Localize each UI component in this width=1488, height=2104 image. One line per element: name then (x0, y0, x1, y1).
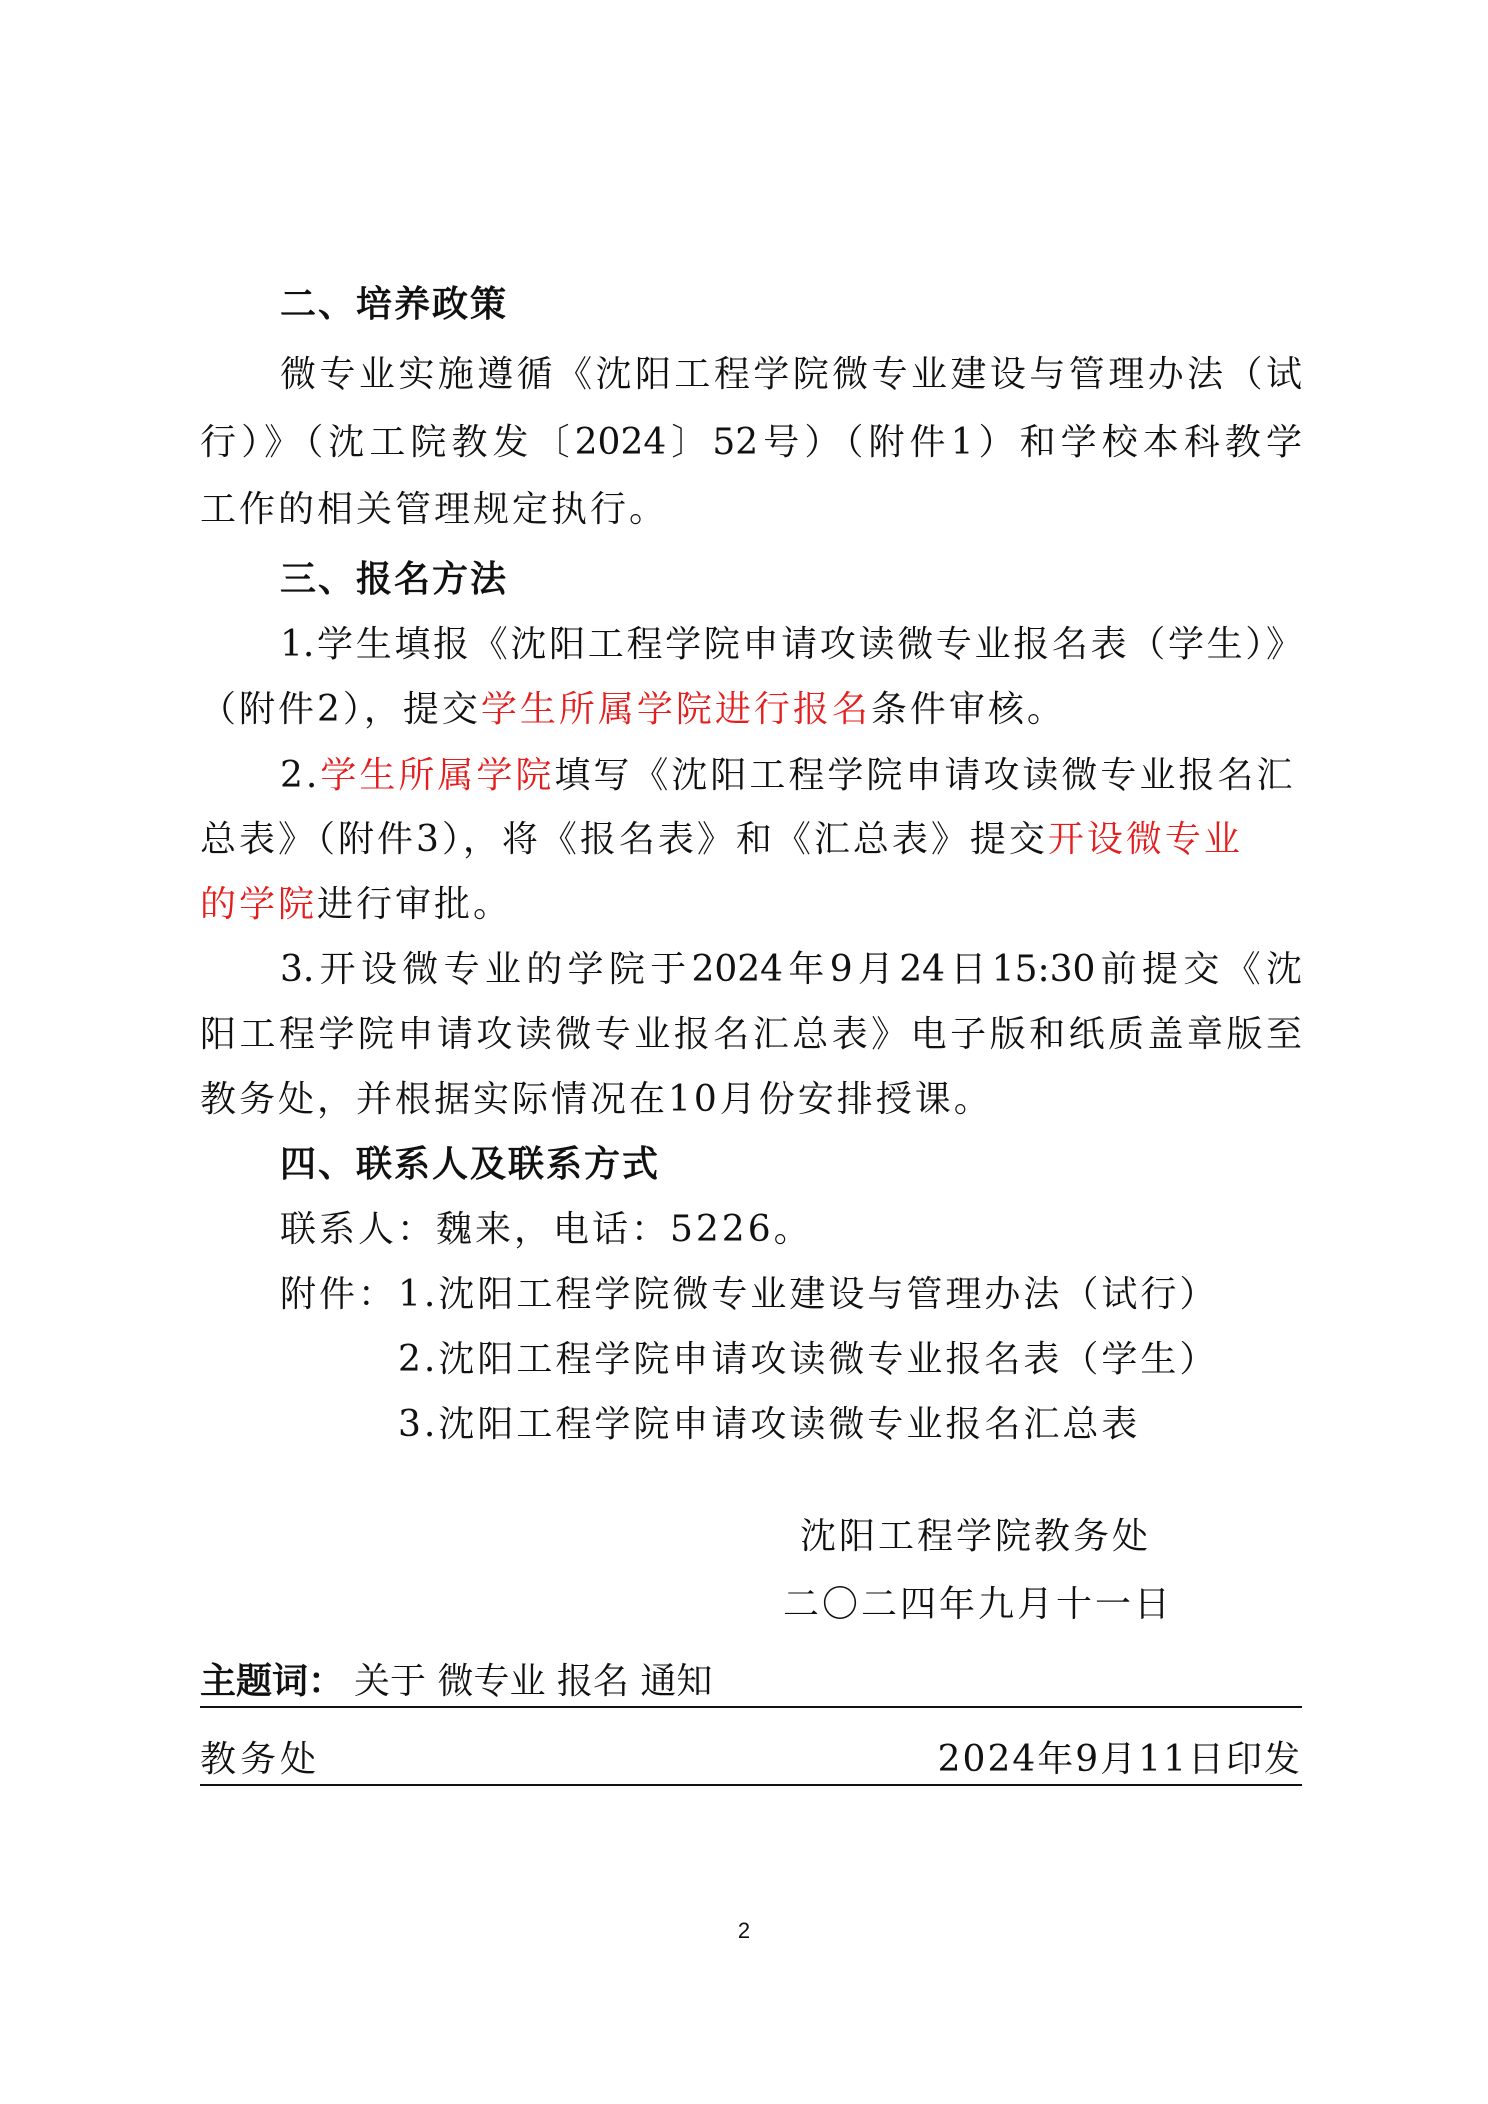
attachment-item: 2.沈阳工程学院申请攻读微专业报名表（学生） (398, 1336, 1298, 1384)
keywords-row: 主题词：关于 微专业 报名 通知 (200, 1658, 1302, 1708)
registration-step-1-line: （附件2），提交学生所属学院进行报名条件审核。 (200, 686, 1302, 734)
step-text: 条件审核。 (871, 689, 1066, 730)
highlight-text: 学生所属学院 (320, 755, 554, 796)
step-text: （附件2），提交 (200, 689, 481, 730)
policy-paragraph-line: 工作的相关管理规定执行。 (200, 486, 1302, 534)
keywords: 关于 微专业 报名 通知 (354, 1661, 712, 1702)
policy-paragraph-line: 行）》（沈工院教发〔2024〕52号）（附件1）和学校本科教学 (200, 419, 1302, 467)
print-info-row: 教务处 2024年9月11日印发 (200, 1736, 1302, 1786)
keywords-label: 主题词： (200, 1661, 344, 1702)
registration-step-3-line: 3.开设微专业的学院于2024年9月24日15:30前提交《沈 (280, 946, 1302, 994)
policy-paragraph-line: 微专业实施遵循《沈阳工程学院微专业建设与管理办法（试 (280, 351, 1302, 399)
issuer-signature: 沈阳工程学院教务处 (800, 1513, 1200, 1561)
print-date: 2024年9月11日印发 (938, 1736, 1302, 1784)
section-heading-training-policy: 二、培养政策 (280, 281, 1302, 329)
highlight-text: 的学院 (200, 884, 317, 925)
registration-step-3-line: 教务处，并根据实际情况在10月份安排授课。 (200, 1076, 1302, 1124)
registration-step-2-line: 2.学生所属学院填写《沈阳工程学院申请攻读微专业报名汇 (280, 752, 1302, 800)
issuing-office: 教务处 (200, 1739, 320, 1780)
issue-date: 二〇二四年九月十一日 (783, 1581, 1183, 1629)
step-text: 填写《沈阳工程学院申请攻读微专业报名汇 (554, 755, 1295, 796)
attachment-item: 1.沈阳工程学院微专业建设与管理办法（试行） (398, 1271, 1298, 1319)
highlight-text: 开设微专业 (1048, 819, 1243, 860)
step-text: 进行审批。 (317, 884, 512, 925)
step-text: 2. (280, 755, 320, 796)
registration-step-2-line: 的学院进行审批。 (200, 881, 1302, 929)
section-heading-registration-method: 三、报名方法 (280, 556, 1302, 604)
registration-step-1-line: 1.学生填报《沈阳工程学院申请攻读微专业报名表（学生）》 (280, 621, 1302, 669)
registration-step-2-line: 总表》（附件3），将《报名表》和《汇总表》提交开设微专业 (200, 816, 1302, 864)
section-heading-contact: 四、联系人及联系方式 (280, 1141, 1302, 1189)
page-number: 2 (0, 1918, 1488, 1944)
contact-info: 联系人：魏来，电话：5226。 (280, 1206, 1302, 1254)
highlight-text: 学生所属学院进行报名 (481, 689, 871, 730)
step-text: 总表》（附件3），将《报名表》和《汇总表》提交 (200, 819, 1048, 860)
registration-step-3-line: 阳工程学院申请攻读微专业报名汇总表》电子版和纸质盖章版至 (200, 1011, 1302, 1059)
attachment-item: 3.沈阳工程学院申请攻读微专业报名汇总表 (398, 1401, 1298, 1449)
attachments-label: 附件： (280, 1271, 400, 1319)
